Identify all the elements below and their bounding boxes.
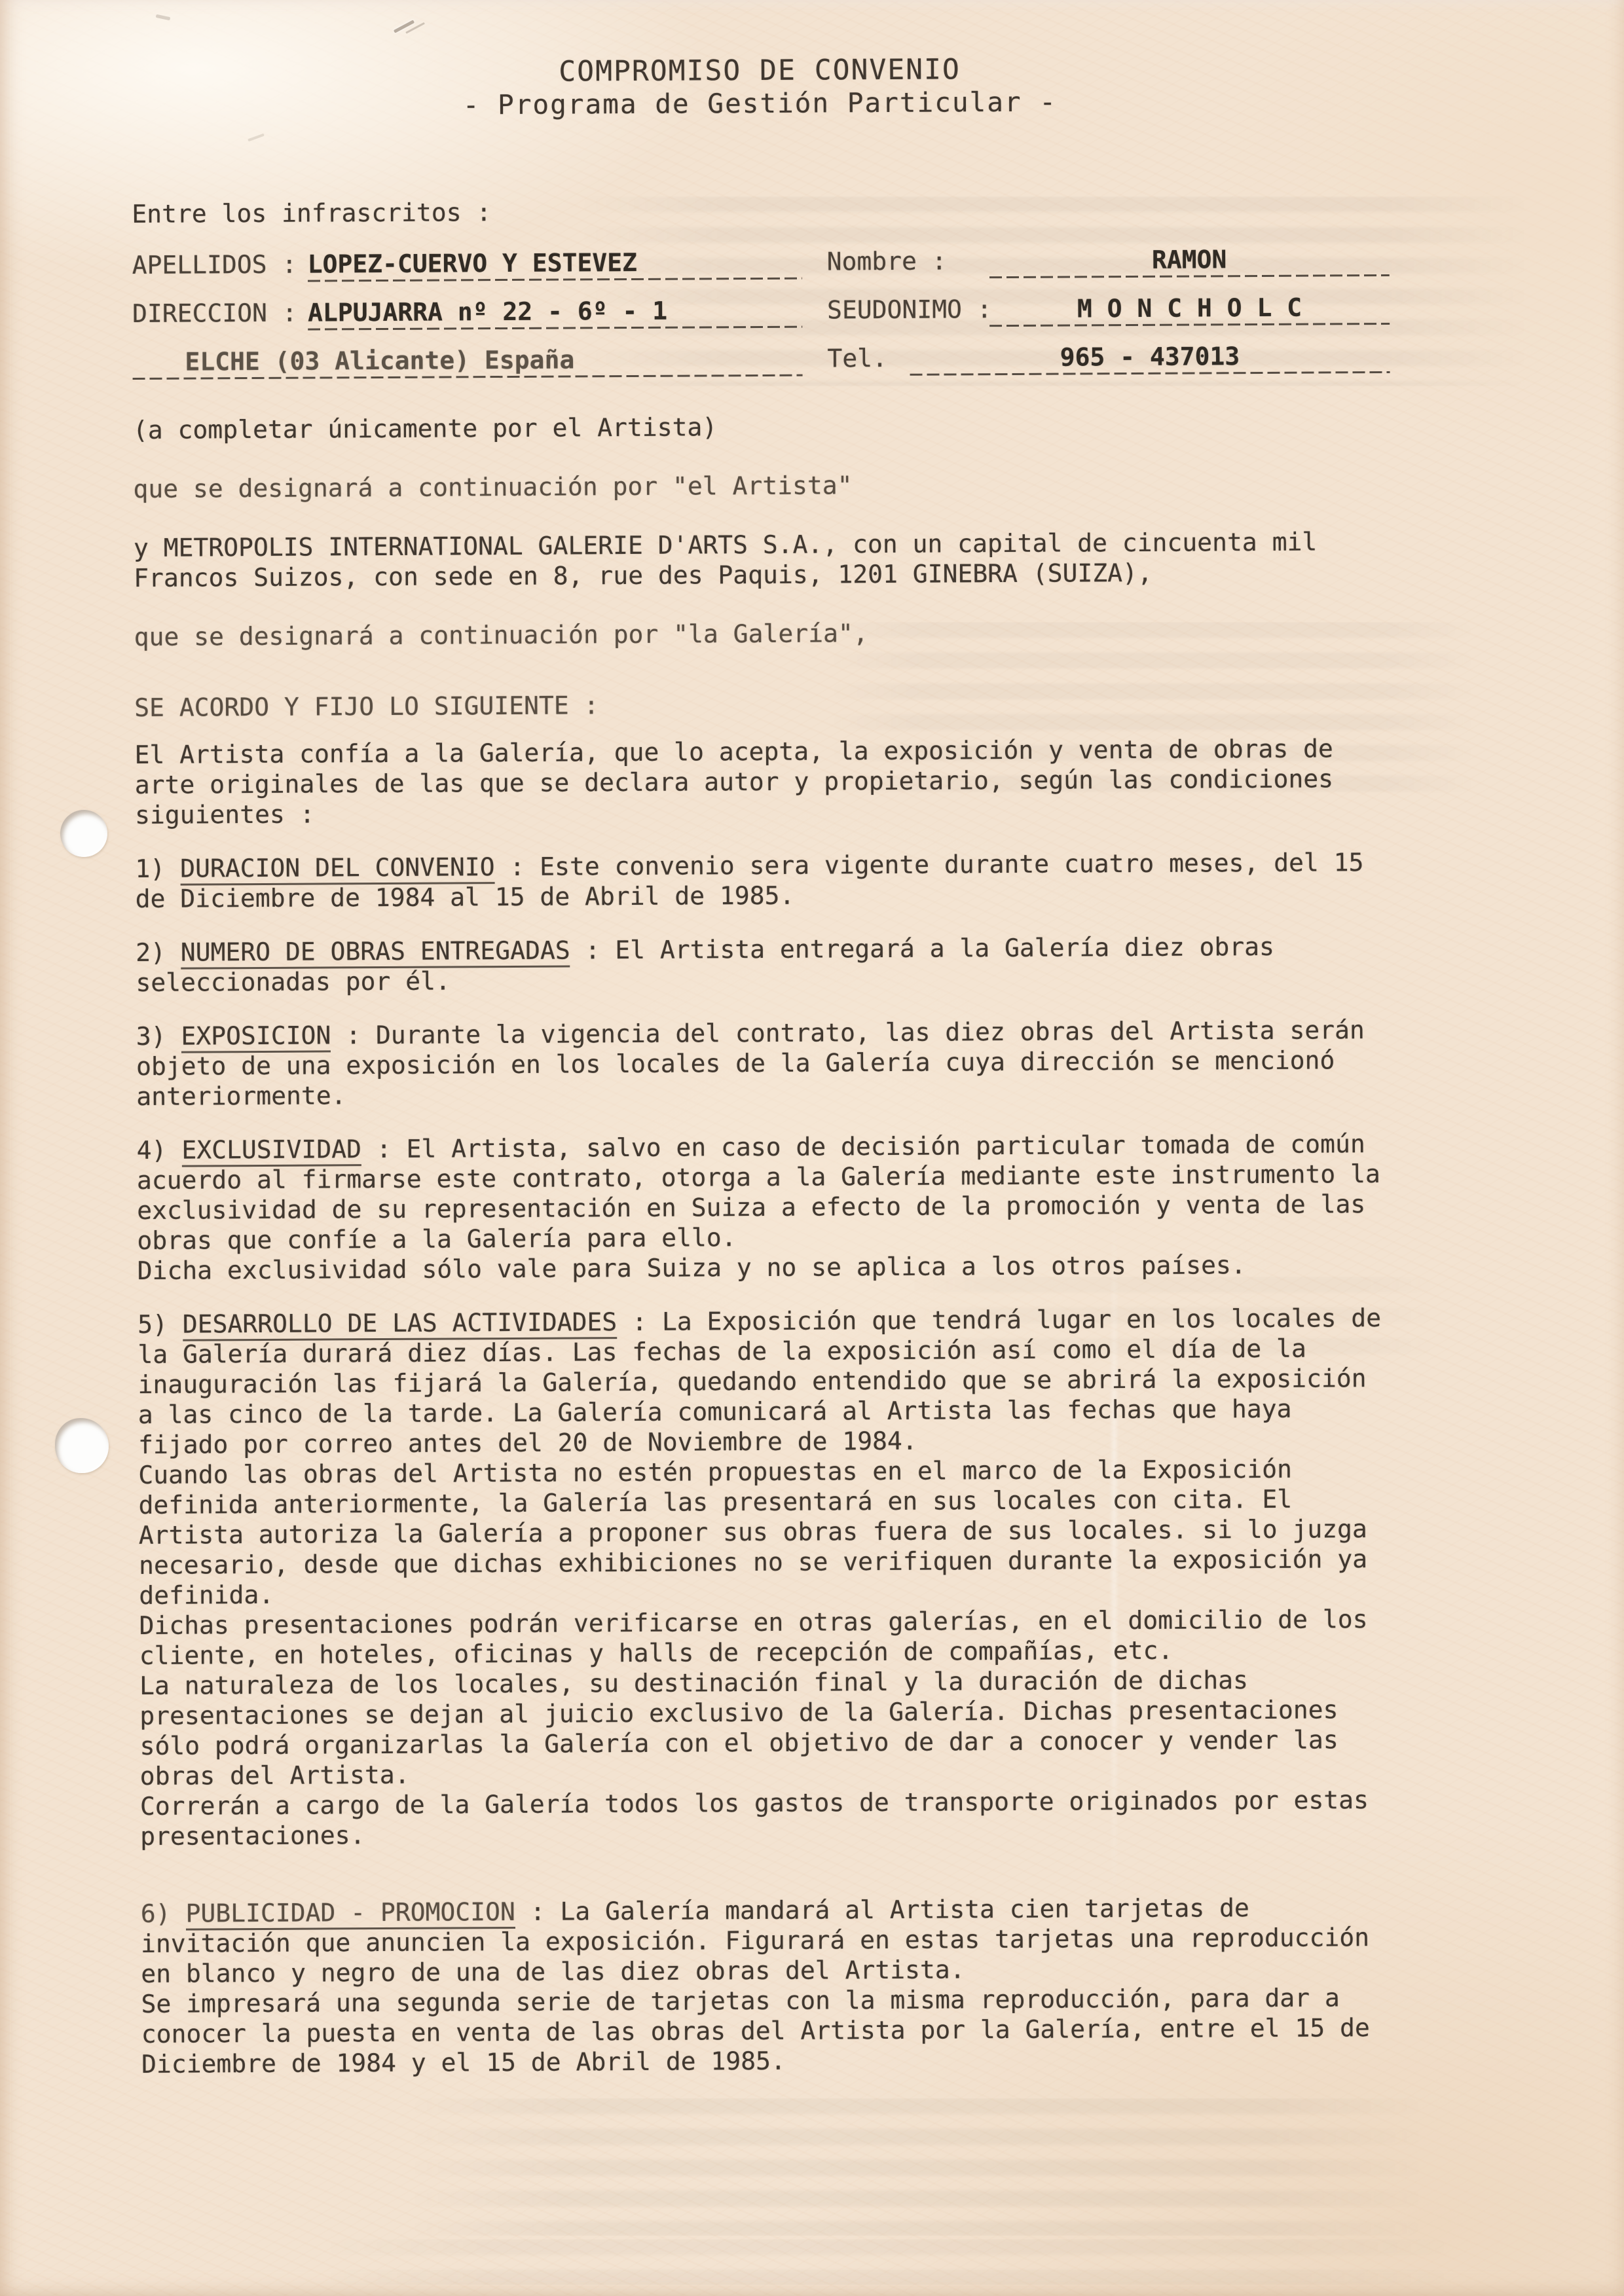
bleed-through-ghost — [406, 2098, 1428, 2236]
seudonimo-value: M O N C H O L C — [1077, 293, 1302, 323]
nombre-label: Nombre : — [802, 246, 989, 276]
direccion-line2-field: ELCHE (03 Alicante) España — [132, 344, 802, 377]
artist-designation: que se designará a continuación por "el … — [133, 467, 1390, 504]
clause-paragraph: 5) DESARROLLO DE LAS ACTIVIDADES : La Ex… — [138, 1303, 1395, 1460]
scanned-contract-page: COMPROMISO DE CONVENIO - Programa de Ges… — [0, 0, 1624, 2296]
telefono-value: 965 - 437013 — [1060, 342, 1240, 371]
document-subtitle: - Programa de Gestión Particular - — [131, 84, 1388, 123]
punch-hole — [55, 1418, 109, 1473]
direccion-label: DIRECCION : — [132, 298, 308, 329]
form-row-direccion-seudonimo: DIRECCION : ALPUJARRA nº 22 - 6º - 1 SEU… — [132, 292, 1390, 347]
form-row-apellidos-nombre: APELLIDOS : LOPEZ-CUERVO Y ESTEVEZ Nombr… — [132, 244, 1390, 299]
parties-heading: Entre los infrascritos : — [132, 192, 1389, 229]
clause-title: EXCLUSIVIDAD — [181, 1135, 361, 1167]
clause-paragraph: 4) EXCLUSIVIDAD : El Artista, salvo en c… — [137, 1129, 1395, 1256]
clause-2-numero-obras: 2) NUMERO DE OBRAS ENTREGADAS : El Artis… — [136, 931, 1393, 998]
staple-mark — [394, 20, 415, 33]
apellidos-value: LOPEZ-CUERVO Y ESTEVEZ — [308, 248, 638, 279]
document-title: COMPROMISO DE CONVENIO - Programa de Ges… — [131, 51, 1388, 123]
direccion-line2-value: ELCHE (03 Alicante) España — [185, 345, 574, 376]
clause-1-duracion: 1) DURACION DEL CONVENIO : Este convenio… — [135, 847, 1392, 914]
clause-5-desarrollo-actividades: 5) DESARROLLO DE LAS ACTIVIDADES : La Ex… — [138, 1303, 1397, 1851]
clause-title: DURACION DEL CONVENIO — [180, 852, 495, 886]
direccion-value: ALPUJARRA nº 22 - 6º - 1 — [308, 297, 667, 327]
apellidos-label: APELLIDOS : — [132, 249, 308, 280]
clause-number: 6) — [141, 1899, 171, 1928]
nombre-value-field: RAMON — [989, 244, 1390, 276]
telefono-value-field: 965 - 437013 — [910, 340, 1390, 373]
seudonimo-value-field: M O N C H O L C — [989, 292, 1390, 324]
gallery-party-paragraph: y METROPOLIS INTERNATIONAL GALERIE D'ART… — [134, 526, 1391, 593]
telefono-label: Tel. — [802, 343, 910, 374]
clause-title: EXPOSICION — [181, 1021, 331, 1053]
form-row-ciudad-telefono: ELCHE (03 Alicante) España Tel. 965 - 43… — [132, 340, 1390, 395]
clause-paragraph: Cuando las obras del Artista no estén pr… — [138, 1453, 1396, 1611]
clause-title: PUBLICIDAD - PROMOCION — [185, 1897, 515, 1931]
clause-paragraph: 3) EXPOSICION : Durante la vigencia del … — [136, 1015, 1394, 1112]
direccion-value-field: ALPUJARRA nº 22 - 6º - 1 — [308, 295, 802, 328]
bleed-through-ghost — [314, 2239, 1460, 2285]
clause-paragraph: Dicha exclusividad sólo vale para Suiza … — [138, 1249, 1395, 1286]
clause-paragraph: La naturaleza de los locales, su destina… — [139, 1664, 1397, 1791]
clause-paragraph: 2) NUMERO DE OBRAS ENTREGADAS : El Artis… — [136, 931, 1393, 998]
clause-number: 4) — [137, 1136, 167, 1165]
staple-mark — [156, 14, 171, 20]
clause-paragraph: 1) DURACION DEL CONVENIO : Este convenio… — [135, 847, 1392, 914]
clause-paragraph: 6) PUBLICIDAD - PROMOCION : La Galería m… — [141, 1892, 1399, 1989]
clause-number: 5) — [138, 1310, 168, 1339]
clause-4-exclusividad: 4) EXCLUSIVIDAD : El Artista, salvo en c… — [137, 1129, 1395, 1286]
gallery-designation: que se designará a continuación por "la … — [134, 615, 1392, 652]
clause-number: 2) — [136, 938, 166, 967]
typed-content: COMPROMISO DE CONVENIO - Programa de Ges… — [131, 51, 1399, 2079]
punch-hole — [60, 810, 107, 857]
clause-title: DESARROLLO DE LAS ACTIVIDADES — [183, 1307, 618, 1341]
form-note: (a completar únicamente por el Artista) — [133, 409, 1390, 445]
seudonimo-label: SEUDONIMO : — [802, 294, 989, 325]
clause-paragraph: Se impresará una segunda serie de tarjet… — [141, 1982, 1399, 2079]
clause-number: 3) — [136, 1022, 166, 1051]
agreement-preamble: El Artista confía a la Galería, que lo a… — [134, 733, 1392, 830]
apellidos-value-field: LOPEZ-CUERVO Y ESTEVEZ — [308, 247, 802, 280]
clause-paragraph: Correrán a cargo de la Galería todos los… — [140, 1785, 1397, 1851]
clause-6-publicidad-promocion: 6) PUBLICIDAD - PROMOCION : La Galería m… — [141, 1892, 1399, 2079]
clause-number: 1) — [135, 854, 165, 883]
agreement-heading: SE ACORDO Y FIJO LO SIGUIENTE : — [134, 686, 1392, 723]
clause-title: NUMERO DE OBRAS ENTREGADAS — [181, 936, 570, 970]
artist-details-form: APELLIDOS : LOPEZ-CUERVO Y ESTEVEZ Nombr… — [132, 244, 1390, 395]
nombre-value: RAMON — [1152, 245, 1227, 274]
clause-3-exposicion: 3) EXPOSICION : Durante la vigencia del … — [136, 1015, 1394, 1112]
clause-paragraph: Dichas presentaciones podrán verificarse… — [139, 1604, 1396, 1671]
